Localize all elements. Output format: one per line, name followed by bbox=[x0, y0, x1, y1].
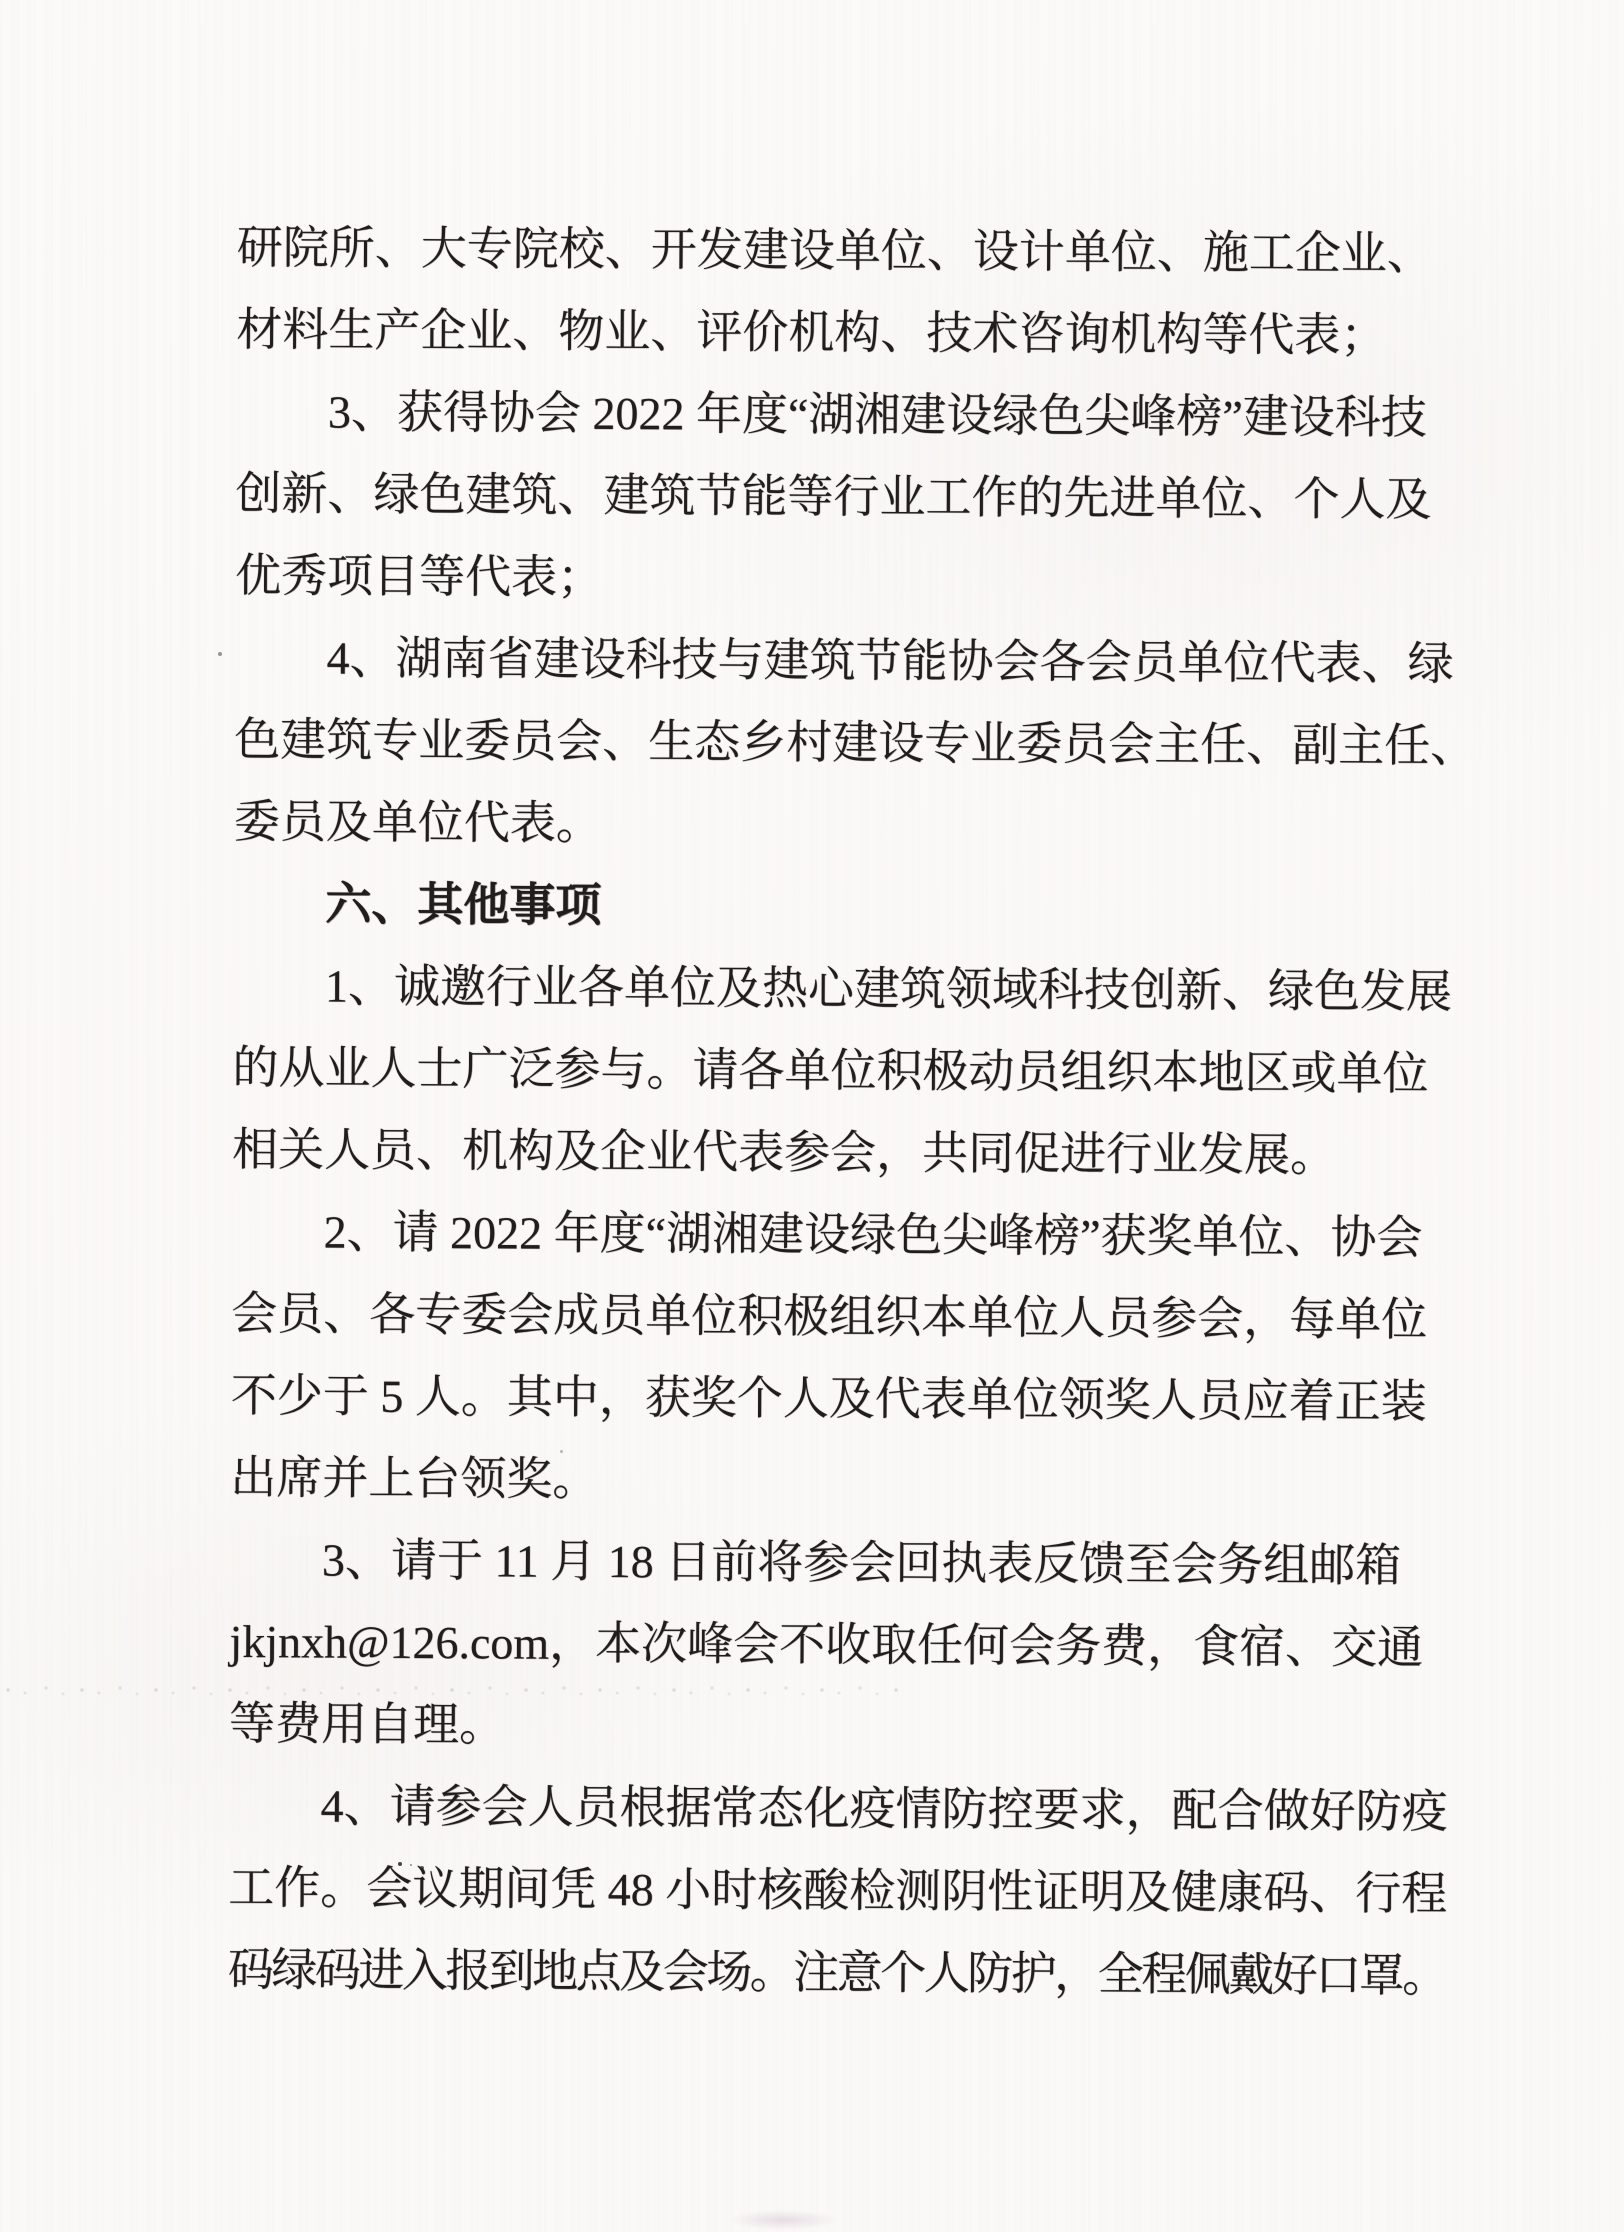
scan-speck bbox=[218, 652, 222, 656]
text-line: 4、请参会人员根据常态化疫情防控要求，配合做好防疫 bbox=[228, 1765, 1368, 1853]
text-line: 码绿码进入报到地点及会场。注意个人防护，全程佩戴好口罩。 bbox=[228, 1929, 1368, 2017]
text-line: 材料生产企业、物业、评价机构、技术咨询机构等代表； bbox=[236, 289, 1376, 377]
text-line: 3、获得协会 2022 年度“湖湘建设绿色尖峰榜”建设科技 bbox=[236, 371, 1376, 459]
text-line: 4、湖南省建设科技与建筑节能协会各会员单位代表、绿 bbox=[234, 617, 1374, 705]
text-line: 相关人员、机构及企业代表参会，共同促进行业发展。 bbox=[232, 1109, 1372, 1197]
text-line: 色建筑专业委员会、生态乡村建设专业委员会主任、副主任、 bbox=[234, 699, 1374, 787]
scanned-document: { "document": { "kind": "scanned notice … bbox=[0, 0, 1624, 2232]
text-line: 优秀项目等代表； bbox=[235, 535, 1375, 623]
text-line: 会员、各专委会成员单位积极组织本单位人员参会，每单位 bbox=[231, 1273, 1371, 1361]
document-page: 研院所、大专院校、开发建设单位、设计单位、施工企业、材料生产企业、物业、评价机构… bbox=[0, 0, 1624, 2232]
document-body: 研院所、大专院校、开发建设单位、设计单位、施工企业、材料生产企业、物业、评价机构… bbox=[228, 207, 1377, 2017]
text-line: 2、请 2022 年度“湖湘建设绿色尖峰榜”获奖单位、协会 bbox=[231, 1191, 1371, 1279]
text-line: jkjnxh@126.com，本次峰会不收取任何会务费，食宿、交通 bbox=[229, 1601, 1369, 1689]
section-heading: 六、其他事项 bbox=[233, 863, 1373, 951]
text-line: 创新、绿色建筑、建筑节能等行业工作的先进单位、个人及 bbox=[235, 453, 1375, 541]
text-line: 出席并上台领奖。 bbox=[230, 1437, 1370, 1525]
text-line: 工作。会议期间凭 48 小时核酸检测阴性证明及健康码、行程 bbox=[228, 1847, 1368, 1935]
text-line: 的从业人士广泛参与。请各单位积极动员组织本地区或单位 bbox=[232, 1027, 1372, 1115]
text-line: 研院所、大专院校、开发建设单位、设计单位、施工企业、 bbox=[237, 207, 1377, 295]
text-line: 1、诚邀行业各单位及热心建筑领域科技创新、绿色发展 bbox=[233, 945, 1373, 1033]
text-line: 委员及单位代表。 bbox=[234, 781, 1374, 869]
text-line: 3、请于 11 月 18 日前将参会回执表反馈至会务组邮箱 bbox=[230, 1519, 1370, 1607]
scan-smudge bbox=[728, 2210, 838, 2230]
text-line: 不少于 5 人。其中，获奖个人及代表单位领奖人员应着正装 bbox=[231, 1355, 1371, 1443]
text-line: 等费用自理。 bbox=[229, 1683, 1369, 1771]
